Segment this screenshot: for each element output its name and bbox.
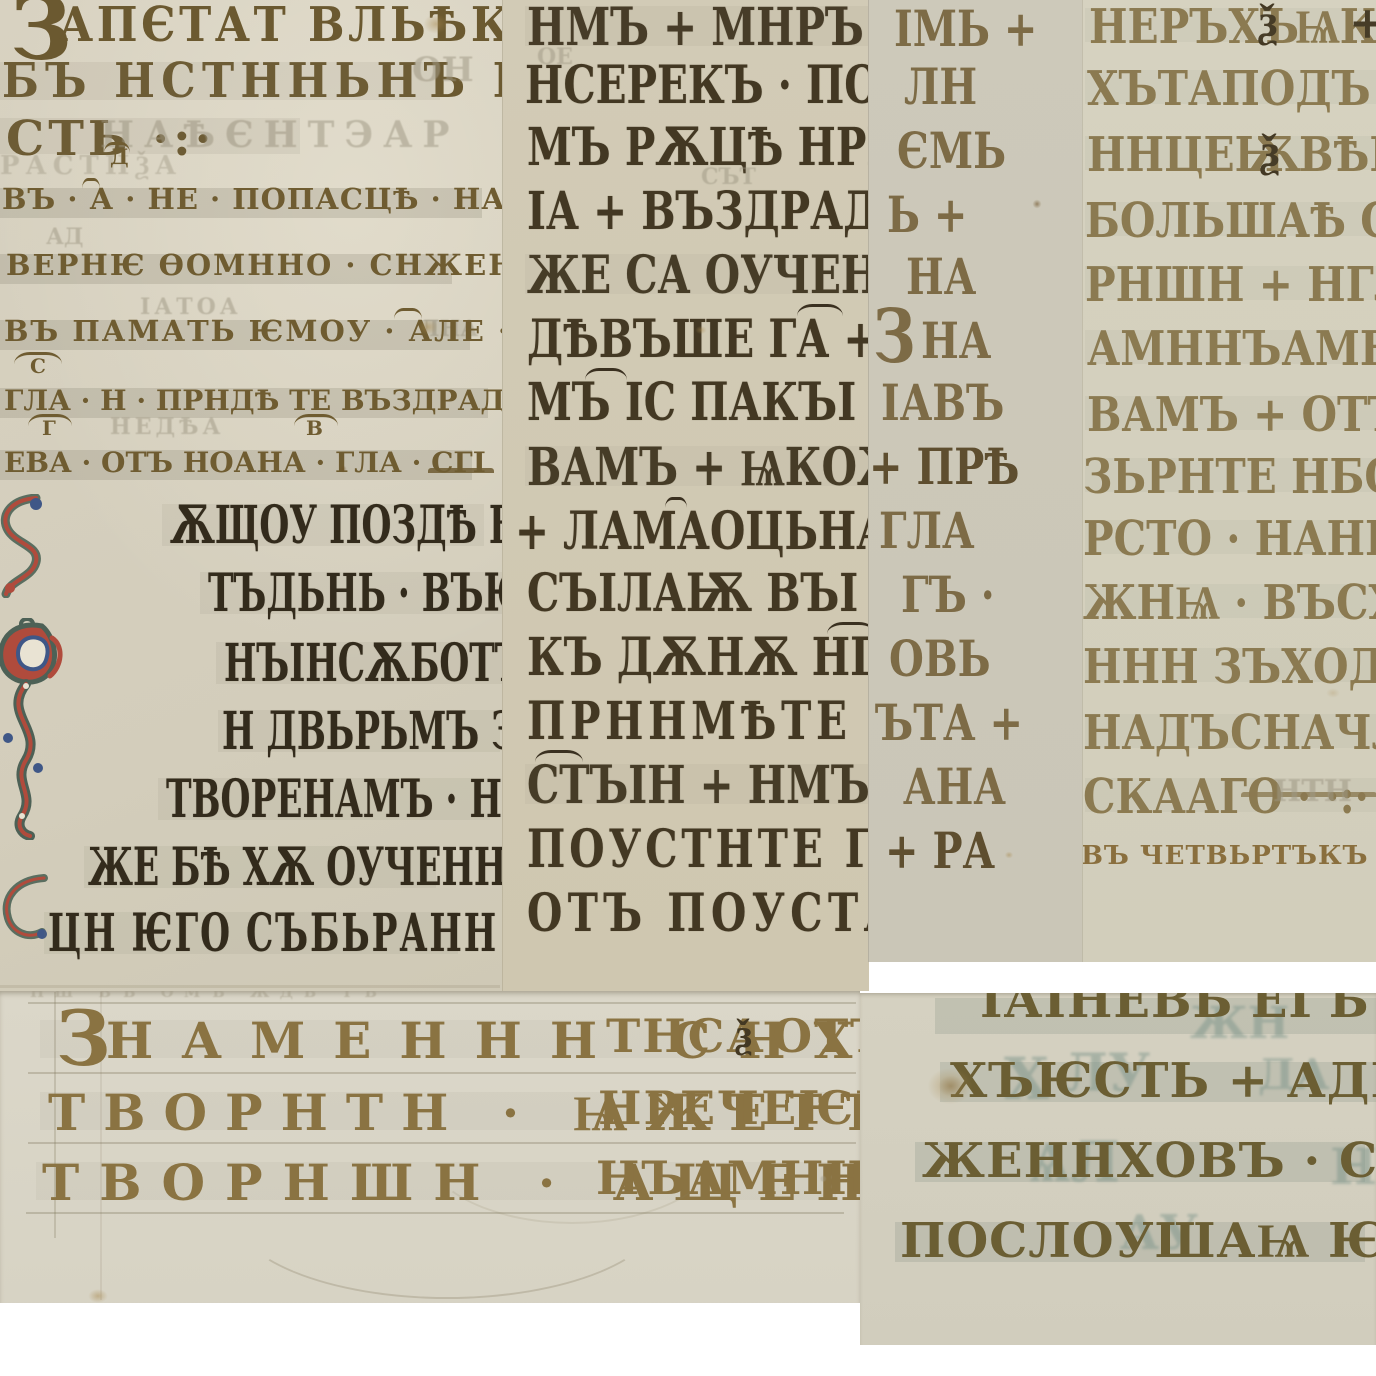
manuscript-text-line: ХЪѤСТЬ + АДРОУГЪ — [950, 1056, 1376, 1108]
rubric-line: ВЪ · А · НЕ · ПОПАСЦѢ · НАНЕ — [2, 184, 502, 215]
manuscript-text-line: МЪ ІС ПАКЪІ + — [527, 375, 869, 431]
parchment-discoloration-band — [1085, 458, 1376, 492]
titlo-mark — [665, 497, 687, 508]
stain — [414, 316, 442, 338]
manuscript-text-line: + ПРѢ — [869, 440, 1020, 494]
manuscript-text-line: ГЛА — [879, 504, 975, 558]
illuminated-initial — [0, 618, 76, 840]
stain — [1003, 850, 1015, 860]
scan-seam-line — [0, 985, 500, 988]
stain — [338, 464, 348, 474]
manuscript-text-line: НА — [906, 250, 976, 304]
stain — [418, 10, 454, 38]
manuscript-text-line: Ь + — [887, 188, 967, 242]
stain — [1031, 198, 1043, 210]
manuscript-text-line: ЖЕННХОВЪ · СТОѨІ — [922, 1136, 1376, 1188]
parchment-discoloration-band — [1085, 520, 1376, 554]
ghost-showthrough-text: АД — [46, 226, 83, 250]
illuminated-ornament-scroll — [0, 494, 60, 598]
parchment-discoloration-band — [1085, 330, 1376, 364]
parchment-discoloration-band — [1085, 584, 1376, 618]
manuscript-text-line: ІА + ВЪЗДРАДО — [527, 184, 869, 240]
ghost-showthrough-text: ОЕ — [537, 46, 573, 70]
parchment-discoloration-band — [1085, 70, 1376, 104]
rubric-line: ЕВА · ОТЪ НОАНА · ГЛА · СГІ — [4, 448, 486, 478]
manuscript-text-line: ГЪ · — [901, 568, 995, 622]
manuscript-text-line: АНА — [903, 760, 1006, 814]
stain — [934, 1072, 968, 1100]
manuscript-text-line: НСЕРЕКЪ · ПОКАЗ — [525, 58, 869, 114]
line-filler-dash — [428, 468, 494, 478]
manuscript-text-line: КЪ ДѪНѪ НГЛ — [527, 630, 869, 686]
superscript-letter: В — [306, 418, 323, 440]
ghost-showthrough-text: РАСТНѮА — [0, 152, 182, 180]
parchment-discoloration-band — [525, 446, 869, 486]
manuscript-text-line: ОТЪ ПОУСТА — [527, 886, 869, 942]
titlo-mark — [394, 308, 422, 319]
parchment-discoloration-band — [525, 6, 869, 46]
scan-patch-top-left: ЗАПЄТАТ ВЛЬѢКОБЪ НСТННЬНЪ ѤСТЬ ·:·ОННАѢЄ… — [0, 0, 502, 991]
scan-patch-middle-edge: ІМЬ +ЛНЄМЬЬ +НАЗНАІАВЪ+ ПРѢГЛАГЪ ·ОВЬЪТА… — [868, 0, 1083, 962]
manuscript-text-line: ІАВЪ — [881, 376, 1004, 430]
parchment-discoloration-band — [1085, 396, 1376, 430]
stain — [1323, 686, 1343, 700]
manuscript-text-line: НА — [921, 314, 991, 368]
rubric-line: ГЛА · Н · ПРНДѢ ТЕ ВЪЗДРАД · — [4, 386, 502, 416]
fold-mark — [420, 1060, 724, 1224]
manuscript-text-line: ЄМЬ — [897, 124, 1006, 178]
initial-letter: З — [873, 298, 916, 378]
manuscript-text-line: Н ДВЬРЬМЪ ЗА — [222, 704, 502, 760]
rubric-line: ВЕРНѤ ѲОМННО · СНЖЕН — [6, 250, 502, 281]
rubric-line: ВЪ ЧЕТВЬРТЪКЪ · СВ — [1082, 842, 1376, 870]
manuscript-text-line: НЪІНСѪБОТЪІ · — [224, 636, 502, 692]
parchment-discoloration-band — [0, 118, 300, 154]
manuscript-text-line: + ЛАМАОЦЬНАЗ — [515, 504, 869, 560]
superscript-letter: Г — [42, 418, 56, 440]
titlo-mark — [82, 178, 100, 189]
manuscript-page: ЗАПЄТАТ ВЛЬѢКОБЪ НСТННЬНЪ ѤСТЬ ·:·ОННАѢЄ… — [0, 0, 1376, 1376]
ruling-line — [28, 1072, 856, 1074]
numeral-mark: ѯ — [736, 1012, 752, 1055]
titlo-mark — [827, 622, 869, 634]
manuscript-text-line: ОТЪВ — [772, 1012, 860, 1062]
scan-patch-top-middle: НМЪ + МНРЪ ВАНСЕРЕКЪ · ПОКАЗМЪ РѪЦѢ НРЕІ… — [502, 0, 869, 991]
parchment-discoloration-band — [1085, 714, 1376, 748]
parchment-discoloration-band — [0, 62, 440, 100]
parchment-discoloration-band — [525, 764, 869, 804]
scan-patch-bottom-left: НШ ВЪ ОМЪ ЖДѢ ТЪЗНАМЕННН СНХЪТВОРНТН · Ѩ… — [0, 991, 860, 1303]
parchment-discoloration-band — [1085, 778, 1376, 812]
parchment-discoloration-band — [525, 254, 869, 294]
scan-patch-bottom-right: ЖНХЛУѦЛАУДАНІАІНЕВЬ ЕГЪ ЖЖЕНХЪѤСТЬ + АДР… — [860, 993, 1376, 1345]
superscript-letter: Д — [110, 146, 129, 169]
manuscript-text-line: ТЪДЬНЬ · ВЪѤДН — [208, 566, 502, 622]
parchment-discoloration-band — [1085, 136, 1376, 170]
manuscript-text-line: ОВЬ — [889, 632, 991, 686]
illuminated-ornament-tail — [0, 872, 48, 944]
manuscript-text-line: + РА — [885, 824, 995, 878]
manuscript-text-line: ЦН ѤГО СЪБЬРАНН · — [48, 906, 502, 962]
parchment-discoloration-band — [1085, 648, 1376, 682]
manuscript-text-line: ІАІНЕВЬ ЕГЪ ЖЖЕН — [980, 993, 1376, 1028]
scan-patch-top-right: НЕРЪХЪѯѨКОХЪТАПОДЪ СПННЦЕѬѯВѢРБОЛЬШАѢ СН… — [1082, 0, 1376, 962]
manuscript-text-line: ДѢВЪШЕ ГА + — [527, 312, 869, 368]
ghost-showthrough-text: СЪТ — [701, 166, 756, 190]
parchment-discoloration-band — [1085, 266, 1376, 300]
manuscript-text-line: ѪЩОУ ПОЗДѢ ВЪ — [170, 498, 502, 554]
ruling-line — [28, 1002, 856, 1004]
manuscript-text-line: МЪ РѪЦѢ НРЕ — [527, 120, 869, 176]
titlo-mark — [585, 368, 627, 380]
manuscript-text-line: СЪІЛАѬ ВЪІ + — [527, 566, 869, 622]
manuscript-text-line: ЛН — [904, 60, 977, 114]
manuscript-text-line: ПОУСТНТЕ ГР — [527, 822, 869, 878]
manuscript-text-line: ЖЕ БѢ ХѪ ОУЧЕНН — [88, 840, 502, 896]
manuscript-text-line: ТВОРЕНАМЪ · НДЕ — [166, 772, 502, 828]
superscript-letter: С — [30, 356, 46, 378]
manuscript-text-line: ІМЬ + — [894, 2, 1037, 56]
stain — [693, 324, 709, 336]
parchment-discoloration-band — [1085, 202, 1376, 236]
titlo-mark — [535, 750, 583, 762]
ghost-showthrough-text: НЕДѢА — [110, 416, 224, 440]
initial-letter: З — [56, 998, 111, 1080]
manuscript-text-line: ПОСЛОУШАѨ ѤГО · Р — [900, 1216, 1376, 1268]
parchment-discoloration-band — [1085, 8, 1376, 42]
titlo-mark — [797, 304, 843, 316]
manuscript-text-line: ПРННМѢТЕ Д — [527, 694, 869, 750]
stain — [84, 1286, 112, 1303]
manuscript-text-line: ЪТА + — [875, 696, 1023, 750]
